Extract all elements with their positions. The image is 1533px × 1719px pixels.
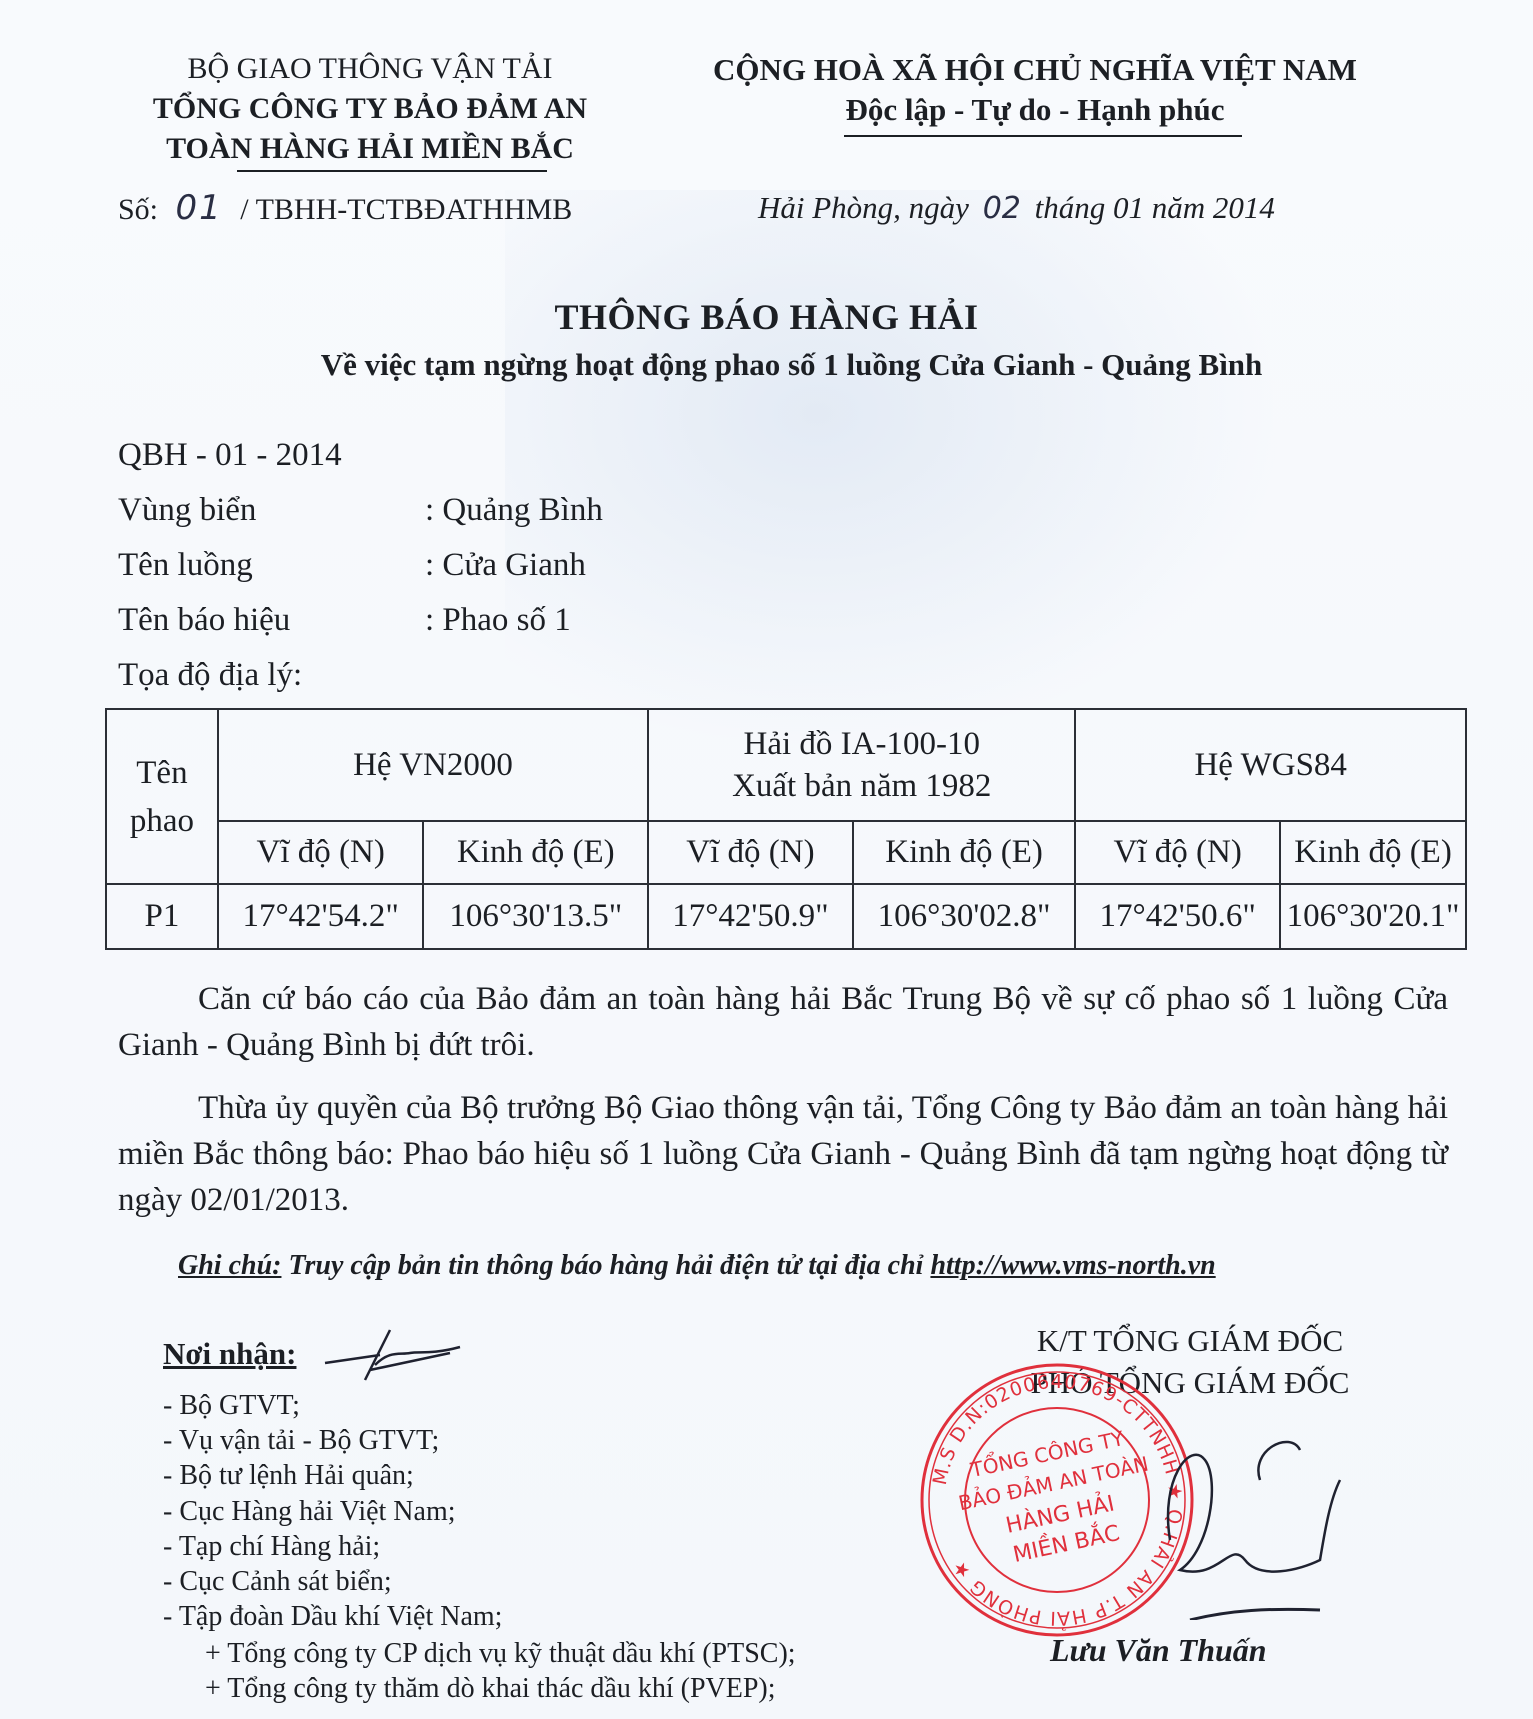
subheader-lat: Vĩ độ (N) (648, 821, 853, 884)
paragraph-announcement-text: Thừa ủy quyền của Bộ trưởng Bộ Giao thôn… (118, 1090, 1448, 1218)
cell-buoy-name: P1 (106, 884, 218, 949)
initial-signature-icon (320, 1325, 470, 1385)
system-name-line2: Xuất bản năm 1982 (649, 765, 1074, 807)
info-value-sea-area: : Quảng Bình (425, 492, 603, 529)
organization-name-line2: TOÀN HÀNG HẢI MIỀN BẮC (110, 132, 630, 166)
table-row: P1 17°42'54.2" 106°30'13.5" 17°42'50.9" … (106, 884, 1466, 949)
subheader-lat: Vĩ độ (N) (1075, 821, 1280, 884)
subheader-lon: Kinh độ (E) (423, 821, 648, 884)
recipient-sub-item: + Tổng công ty thăm dò khai thác dầu khí… (205, 1673, 776, 1705)
recipient-item: - Bộ tư lệnh Hải quân; (163, 1460, 414, 1492)
header-system-chart: Hải đồ IA-100-10 Xuất bản năm 1982 (648, 709, 1075, 821)
cell-value: 106°30'13.5" (423, 884, 648, 949)
header-system-wgs84: Hệ WGS84 (1075, 709, 1466, 821)
signer-name: Lưu Văn Thuấn (1050, 1632, 1267, 1669)
paragraph-announcement: Thừa ủy quyền của Bộ trưởng Bộ Giao thôn… (118, 1085, 1448, 1223)
recipient-item: - Tạp chí Hàng hải; (163, 1531, 380, 1563)
show-through-shadow (505, 190, 1285, 750)
system-name: Hệ WGS84 (1076, 744, 1465, 786)
header-left-underline (237, 170, 547, 172)
system-name: Hải đồ IA-100-10 (649, 723, 1074, 765)
cell-value: 106°30'02.8" (853, 884, 1076, 949)
number-handwritten: 01 (166, 188, 233, 228)
date-day-handwritten: 02 (977, 191, 1027, 226)
header-right-underline (844, 135, 1242, 137)
recipient-item: - Bộ GTVT; (163, 1390, 300, 1422)
cell-value: 17°42'50.6" (1075, 884, 1280, 949)
header-buoy-name: Tên phao (106, 709, 218, 884)
note-line: Ghi chú: Truy cập bản tin thông báo hàng… (178, 1250, 1216, 1282)
date-prefix: Hải Phòng, ngày (758, 190, 969, 225)
paragraph-basis-text: Căn cứ báo cáo của Bảo đảm an toàn hàng … (118, 981, 1448, 1063)
recipient-item: - Tập đoàn Dầu khí Việt Nam; (163, 1601, 502, 1633)
cell-value: 106°30'20.1" (1280, 884, 1466, 949)
signature-title-line1: K/T TỔNG GIÁM ĐỐC (1000, 1323, 1380, 1359)
header-buoy-name-text: Tên phao (117, 749, 207, 845)
notice-code: QBH - 01 - 2014 (118, 437, 342, 474)
document-date: Hải Phòng, ngày 02 tháng 01 năm 2014 (758, 190, 1275, 226)
number-suffix: / TBHH-TCTBĐATHHMB (240, 193, 572, 226)
paragraph-basis: Căn cứ báo cáo của Bảo đảm an toàn hàng … (118, 976, 1448, 1068)
recipients-title: Nơi nhận: (163, 1336, 296, 1372)
document-title: THÔNG BÁO HÀNG HẢI (0, 296, 1533, 338)
organization-name-line1: TỔNG CÔNG TY BẢO ĐẢM AN (110, 92, 630, 126)
info-label-aid-name: Tên báo hiệu (118, 602, 290, 639)
date-suffix: tháng 01 năm 2014 (1035, 190, 1275, 225)
national-motto: Độc lập - Tự do - Hạnh phúc (690, 92, 1380, 128)
header-system-vn2000: Hệ VN2000 (218, 709, 648, 821)
document-page: BỘ GIAO THÔNG VẬN TẢI TỔNG CÔNG TY BẢO Đ… (0, 0, 1533, 1719)
document-subtitle: Về việc tạm ngừng hoạt động phao số 1 lu… (0, 347, 1533, 383)
info-value-aid-name: : Phao số 1 (425, 602, 571, 639)
system-name: Hệ VN2000 (219, 744, 647, 786)
country-name: CỘNG HOÀ XÃ HỘI CHỦ NGHĨA VIỆT NAM (690, 52, 1380, 88)
info-label-channel: Tên luồng (118, 547, 253, 584)
subheader-lon: Kinh độ (E) (853, 821, 1076, 884)
cell-value: 17°42'54.2" (218, 884, 424, 949)
note-text: Truy cập bản tin thông báo hàng hải điện… (281, 1250, 930, 1281)
recipient-item: - Cục Hàng hải Việt Nam; (163, 1496, 456, 1528)
info-label-coordinates: Tọa độ địa lý: (118, 657, 302, 694)
recipient-item: - Cục Cảnh sát biển; (163, 1566, 392, 1598)
note-label: Ghi chú: (178, 1250, 281, 1281)
recipient-item: - Vụ vận tải - Bộ GTVT; (163, 1425, 439, 1457)
info-value-channel: : Cửa Gianh (425, 547, 586, 584)
info-label-sea-area: Vùng biển (118, 492, 256, 529)
subheader-lat: Vĩ độ (N) (218, 821, 424, 884)
recipient-sub-item: + Tổng công ty CP dịch vụ kỹ thuật dầu k… (205, 1638, 796, 1670)
cell-value: 17°42'50.9" (648, 884, 853, 949)
handwritten-signature-icon (1150, 1420, 1350, 1620)
ministry-name: BỘ GIAO THÔNG VẬN TẢI (110, 52, 630, 86)
document-number: Số: 01 / TBHH-TCTBĐATHHMB (118, 188, 572, 228)
coordinates-table: Tên phao Hệ VN2000 Hải đồ IA-100-10 Xuất… (105, 708, 1467, 950)
subheader-lon: Kinh độ (E) (1280, 821, 1466, 884)
number-prefix: Số: (118, 193, 158, 226)
website-link[interactable]: http://www.vms-north.vn (930, 1250, 1215, 1281)
